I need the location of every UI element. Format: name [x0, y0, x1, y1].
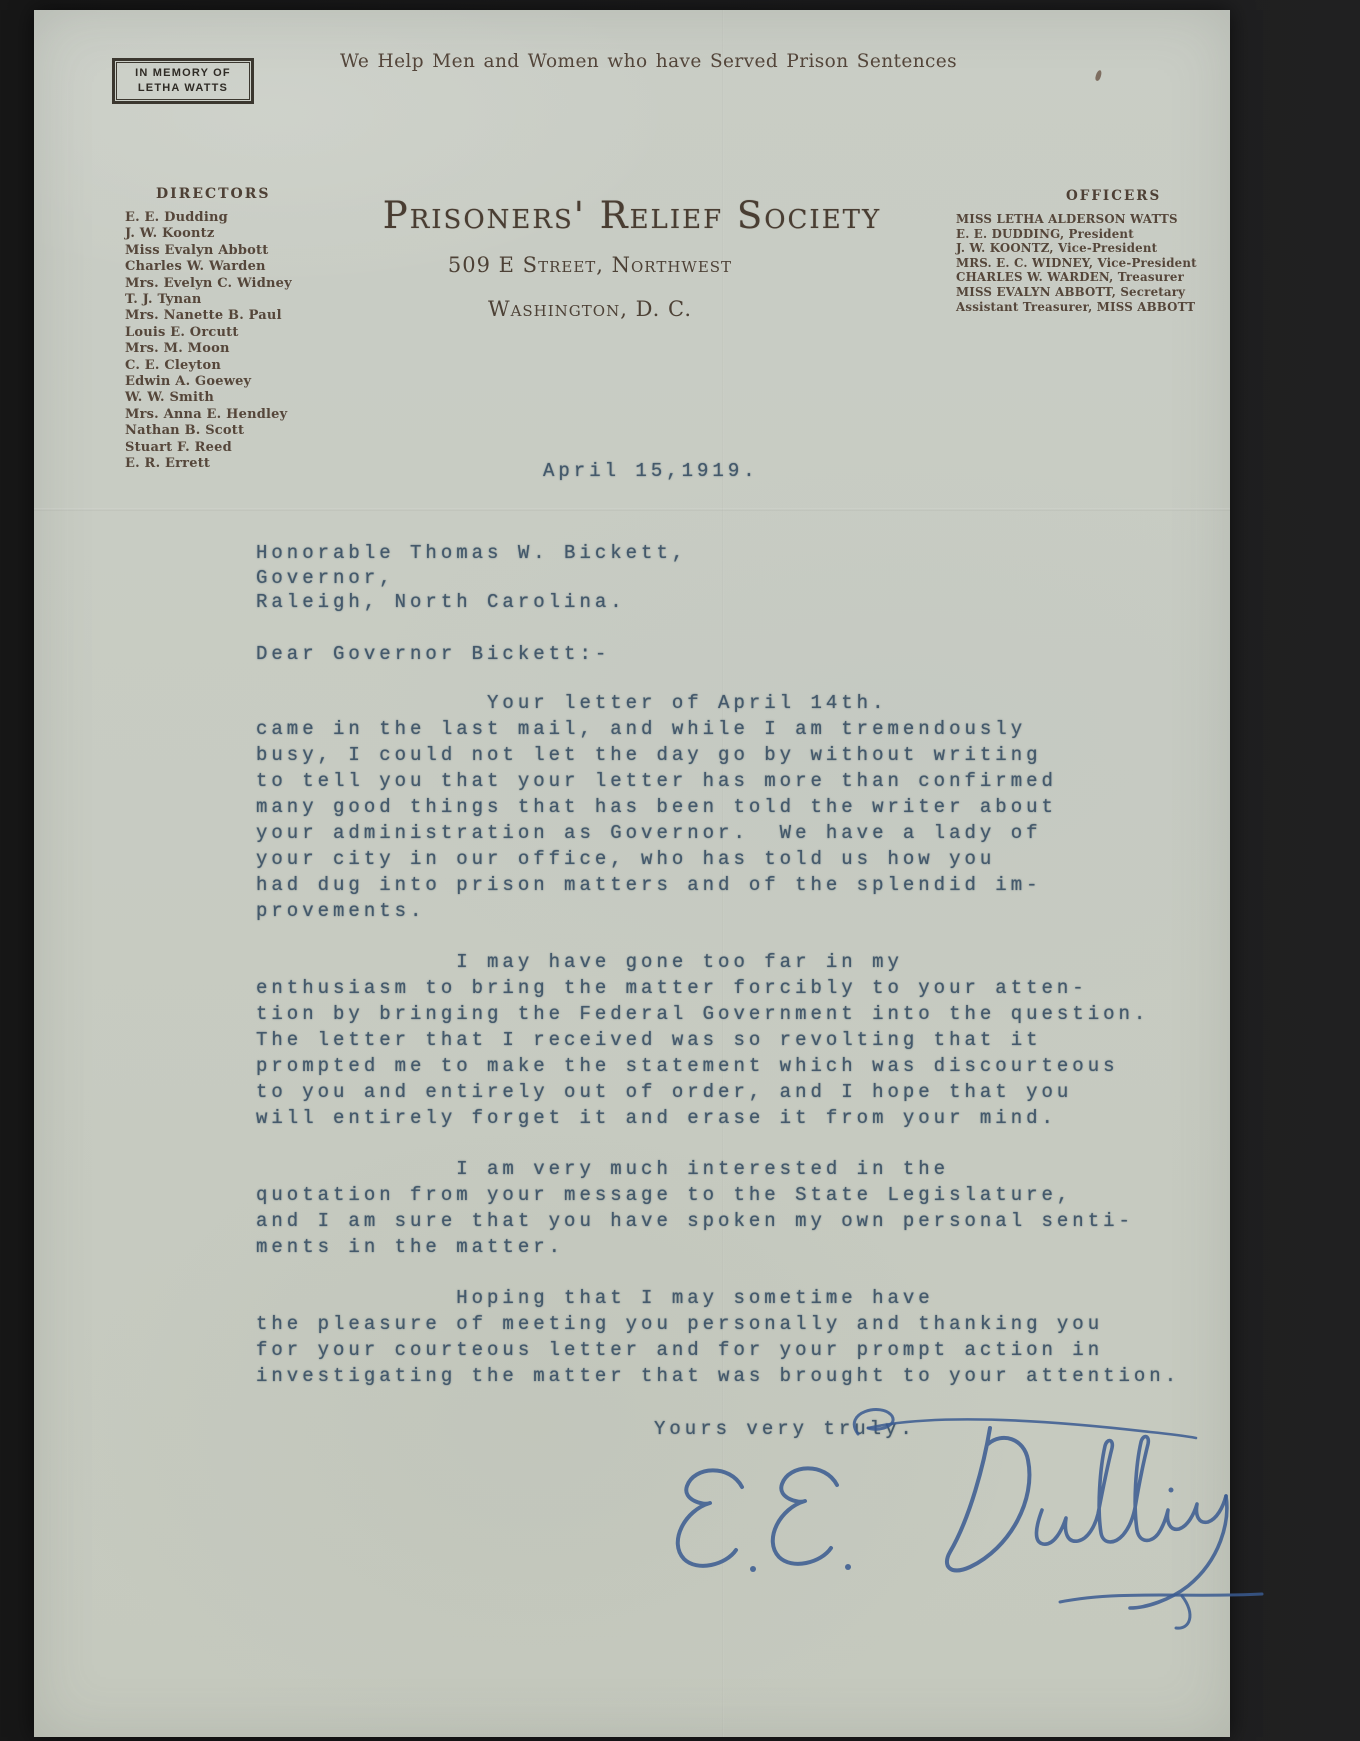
director-name: W. W. Smith: [125, 390, 292, 406]
letter-paragraph: I am very much interested in the quotati…: [256, 1156, 1180, 1260]
officer-entry: E. E. DUDDING, President: [956, 227, 1197, 242]
letter-paragraph: I may have gone too far in my enthusiasm…: [256, 949, 1180, 1131]
officer-entry: MRS. E. C. WIDNEY, Vice-President: [956, 256, 1197, 271]
letter-paragraph: Your letter of April 14th. came in the l…: [256, 690, 1180, 924]
memorial-line2: LETHA WATTS: [138, 81, 228, 96]
officers-heading: OFFICERS: [1066, 188, 1161, 204]
ink-fleck: [1094, 69, 1102, 81]
signature-strokes: [678, 1410, 1262, 1629]
director-name: Edwin A. Goewey: [125, 374, 292, 390]
officer-entry: MISS EVALYN ABBOTT, Secretary: [956, 285, 1197, 300]
recipient-line: Honorable Thomas W. Bickett,: [256, 541, 687, 566]
officer-entry: MISS LETHA ALDERSON WATTS: [956, 212, 1197, 227]
director-name: Mrs. Anna E. Hendley: [125, 407, 292, 423]
fold-crease-horizontal: [34, 508, 1230, 511]
officer-entry: J. W. KOONTZ, Vice-President: [956, 241, 1197, 256]
tagline: We Help Men and Women who have Served Pr…: [340, 51, 957, 72]
signature-drawing: [590, 1392, 1270, 1637]
officer-entry: CHARLES W. WARDEN, Treasurer: [956, 270, 1197, 285]
scan-background: IN MEMORY OF LETHA WATTS We Help Men and…: [0, 0, 1360, 1741]
letter-paragraph: Hoping that I may sometime have the plea…: [256, 1285, 1180, 1389]
salutation: Dear Governor Bickett:-: [256, 643, 610, 665]
recipient-block: Honorable Thomas W. Bickett,Governor,Ral…: [256, 541, 687, 615]
officer-entry: Assistant Treasurer, MISS ABBOTT: [956, 300, 1197, 315]
director-name: Mrs. Evelyn C. Widney: [125, 276, 292, 292]
officers-list: MISS LETHA ALDERSON WATTSE. E. DUDDING, …: [956, 212, 1197, 314]
letter-body: Your letter of April 14th. came in the l…: [256, 690, 1180, 1414]
director-name: C. E. Cleyton: [125, 358, 292, 374]
memorial-box-inner: IN MEMORY OF LETHA WATTS: [116, 62, 250, 100]
director-name: Stuart F. Reed: [125, 440, 292, 456]
recipient-line: Governor,: [256, 566, 687, 591]
director-name: Nathan B. Scott: [125, 423, 292, 439]
director-name: Louis E. Orcutt: [125, 325, 292, 341]
memorial-box: IN MEMORY OF LETHA WATTS: [112, 58, 254, 104]
signature: E. E. Dudding: [590, 1392, 1270, 1637]
director-name: E. R. Errett: [125, 456, 292, 472]
recipient-line: Raleigh, North Carolina.: [256, 590, 687, 615]
memorial-line1: IN MEMORY OF: [135, 66, 231, 81]
director-name: Mrs. M. Moon: [125, 341, 292, 357]
directors-list: E. E. DuddingJ. W. KoontzMiss Evalyn Abb…: [125, 210, 292, 473]
letter-document: IN MEMORY OF LETHA WATTS We Help Men and…: [34, 10, 1230, 1737]
letter-date: April 15,1919.: [543, 460, 759, 482]
